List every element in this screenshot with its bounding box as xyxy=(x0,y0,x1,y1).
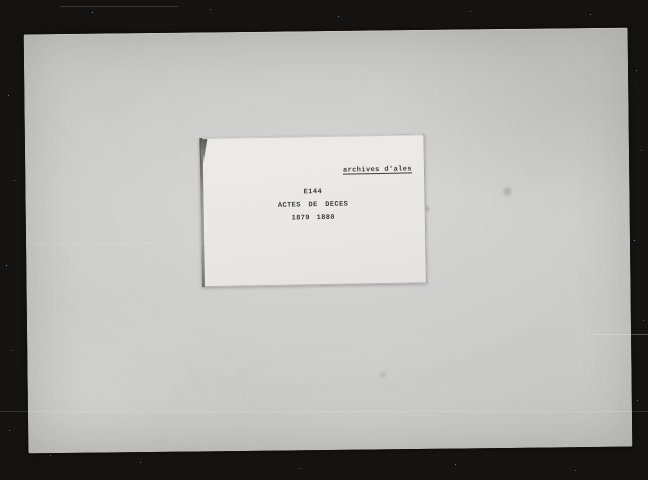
scratch-line xyxy=(60,6,178,7)
scanned-page: archives d'ales E144 ACTES DE DECES 1879… xyxy=(24,28,633,454)
card-title: ACTES DE DECES xyxy=(201,199,426,211)
page-smudge xyxy=(503,187,511,196)
card-corner-fold xyxy=(200,139,208,173)
index-card: archives d'ales E144 ACTES DE DECES 1879… xyxy=(199,134,427,287)
page-smudge xyxy=(379,372,386,377)
film-frame: archives d'ales E144 ACTES DE DECES 1879… xyxy=(0,0,648,480)
dust-specks xyxy=(0,0,1,1)
card-years: 1879 1880 xyxy=(201,212,426,224)
archive-label: archives d'ales xyxy=(343,165,412,174)
reference-code: E144 xyxy=(200,186,425,198)
